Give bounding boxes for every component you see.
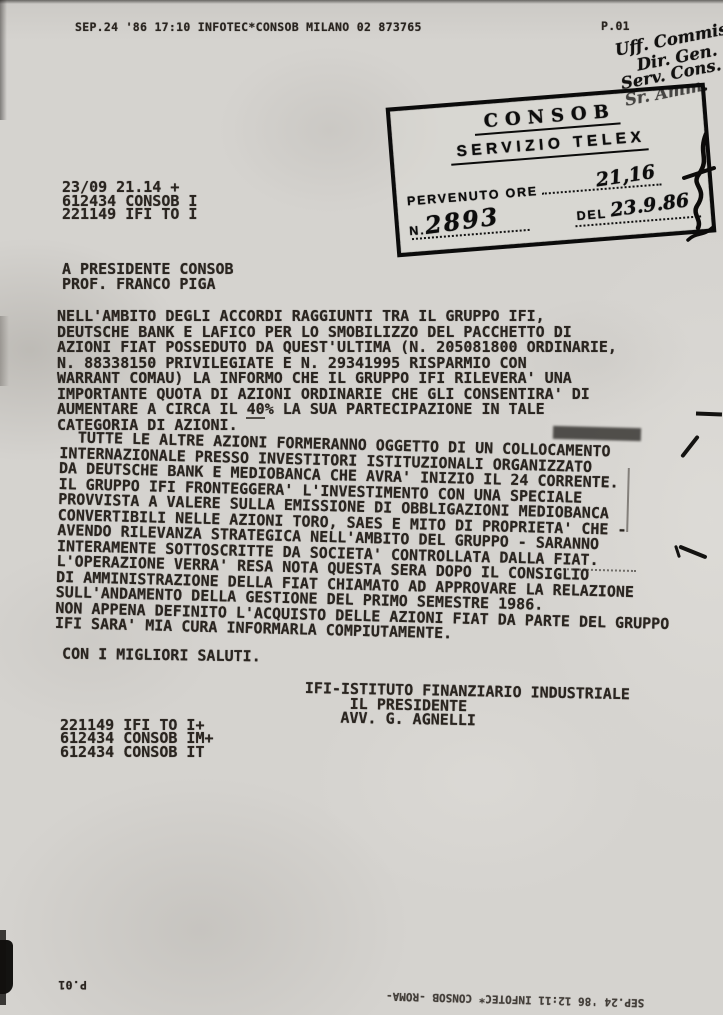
telex-header-block: 23/09 21.14 +612434 CONSOB I221149 IFI T…	[62, 181, 197, 222]
scan-artifact-pen-stroke-2	[678, 545, 707, 559]
scan-artifact-left-edge	[0, 0, 7, 120]
scan-artifact-bottom-left-bar	[0, 930, 6, 1005]
rotated-page-number: P.01	[58, 978, 87, 992]
text-line: 612434 CONSOB IT	[60, 746, 214, 759]
body-paragraph-2: TUTTE LE ALTRE AZIONI FORMERANNO OGGETTO…	[55, 430, 674, 648]
stamp-received-time-handwritten: 21,16	[594, 161, 656, 192]
stamp-title: CONSOB	[473, 100, 621, 135]
scan-artifact-top-edge	[0, 0, 723, 4]
fax-header-line: SEP.24 '86 17:10 INFOTEC*CONSOB MILANO 0…	[75, 20, 422, 34]
stamp-date-label: DEL	[576, 207, 607, 223]
scan-artifact-right-dash	[696, 412, 722, 416]
closing-salutation: CON I MIGLIORI SALUTI.	[62, 647, 261, 665]
body-paragraph-1: NELL'AMBITO DEGLI ACCORDI RAGGIUNTI TRA …	[57, 309, 617, 433]
scan-artifact-pen-stroke-1	[680, 435, 700, 459]
stamp-number-label: N.	[409, 223, 426, 238]
underline-under-40-percent	[246, 417, 265, 419]
scan-artifact-inked-out-text	[553, 426, 641, 441]
rotated-fax-footer: SEP.24 '86 12:11 INFOTEC* CONSOB -ROMA-	[386, 990, 645, 1010]
addressee-block: A PRESIDENTE CONSOBPROF. FRANCO PIGA	[62, 262, 234, 291]
scan-artifact-left-smudge	[0, 316, 9, 386]
consob-telex-stamp: CONSOB SERVIZIO TELEX PERVENUTO ORE 21,1…	[386, 83, 717, 258]
handwritten-flourish	[668, 128, 720, 250]
text-line: 221149 IFI TO I	[62, 208, 197, 222]
text-line: PROF. FRANCO PIGA	[62, 277, 234, 292]
signature-block: IFI-ISTITUTO FINANZIARIO INDUSTRIALE IL …	[304, 681, 630, 731]
telex-footer-block: 221149 IFI TO I+612434 CONSOB IM+612434 …	[60, 719, 214, 759]
